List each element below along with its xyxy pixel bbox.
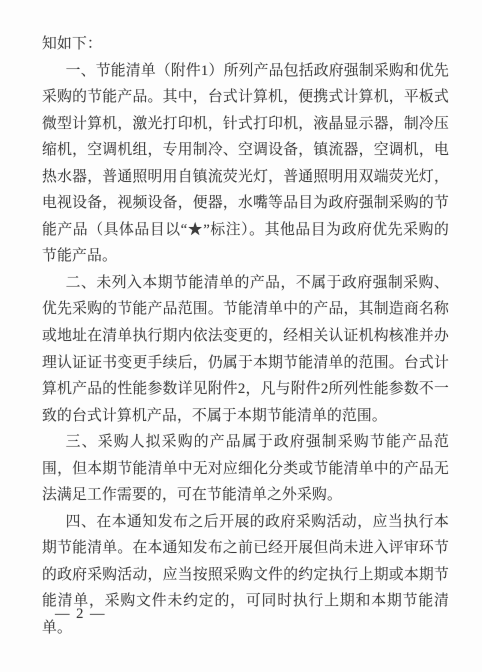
page-number: — 2 — xyxy=(55,606,106,623)
document-body: 知如下： 一、节能清单（附件1）所列产品包括政府强制采购和优先采购的节能产品。其… xyxy=(42,31,449,642)
intro-continuation-line: 知如下： xyxy=(42,31,449,58)
paragraph-item-2: 二、未列入本期节能清单的产品，不属于政府强制采购、优先采购的节能产品范围。节能清… xyxy=(42,270,449,429)
paragraph-item-1: 一、节能清单（附件1）所列产品包括政府强制采购和优先采购的节能产品。其中，台式计… xyxy=(42,58,449,270)
paragraph-item-3: 三、采购人拟采购的产品属于政府强制采购节能产品范围，但本期节能清单中无对应细化分… xyxy=(42,429,449,509)
document-page: 知如下： 一、节能清单（附件1）所列产品包括政府强制采购和优先采购的节能产品。其… xyxy=(0,0,482,672)
